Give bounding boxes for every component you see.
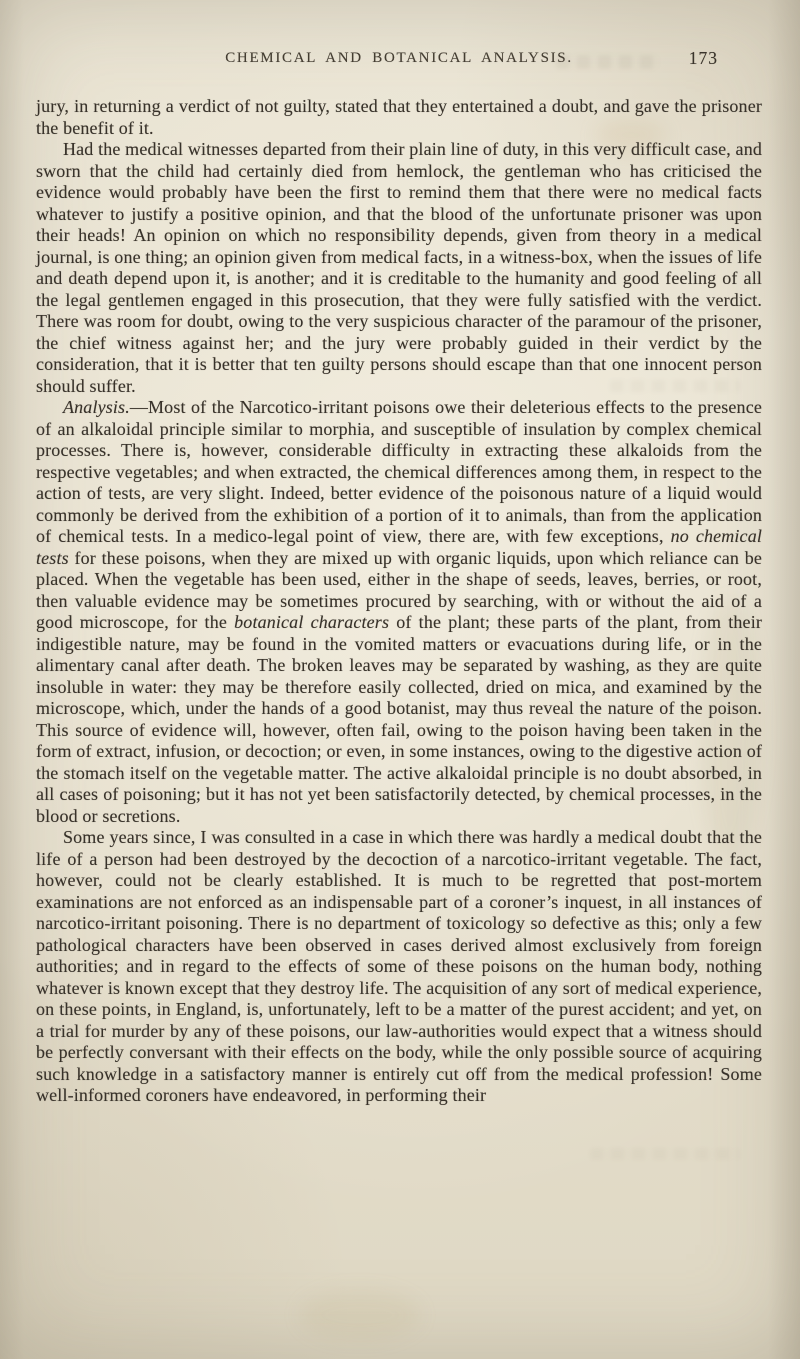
text-run: Had the medical witnesses departed from … <box>36 139 762 396</box>
text-run: Analysis. <box>63 397 130 417</box>
text-run: of the plant; these parts of the plant, … <box>36 612 762 826</box>
running-head-title: CHEMICAL AND BOTANICAL ANALYSIS. <box>36 50 762 67</box>
show-through-smudge <box>590 1148 740 1160</box>
paragraph-jury-verdict: jury, in returning a verdict of not guil… <box>36 96 762 139</box>
page-number: 173 <box>689 48 718 69</box>
text-run: jury, in returning a verdict of not guil… <box>36 96 762 138</box>
text-run: botanical characters <box>234 612 389 632</box>
paragraph-analysis: Analysis.—Most of the Narcotico-irritant… <box>36 397 762 827</box>
running-head: CHEMICAL AND BOTANICAL ANALYSIS. 173 <box>36 50 762 74</box>
paper-stain <box>300 1290 420 1340</box>
paragraph-some-years-since: Some years since, I was consulted in a c… <box>36 827 762 1107</box>
paragraph-medical-witnesses: Had the medical witnesses departed from … <box>36 139 762 397</box>
page-body-text: jury, in returning a verdict of not guil… <box>36 96 762 1107</box>
book-page: CHEMICAL AND BOTANICAL ANALYSIS. 173 jur… <box>0 0 800 1359</box>
text-run: —Most of the Narcotico-irritant poisons … <box>36 397 762 546</box>
text-run: Some years since, I was consulted in a c… <box>36 827 762 1105</box>
